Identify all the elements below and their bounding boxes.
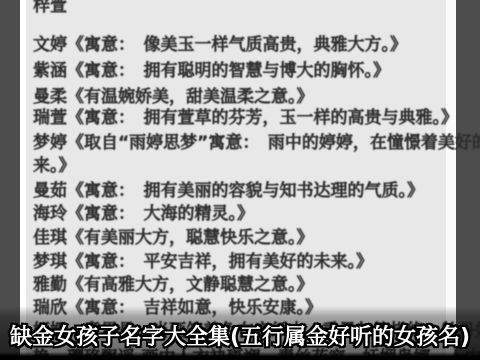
- text-line: 曼茹《寓意： 拥有美丽的容貌与知书达理的气质。》: [33, 176, 424, 201]
- text-line: 海玲《寓意： 大海的精灵。》: [33, 199, 254, 224]
- text-line: 紫涵《寓意： 拥有聪明的智慧与博大的胸怀。》: [33, 56, 390, 81]
- text-line: 来。》: [33, 151, 76, 176]
- article-screenshot: 梓萱 文婷《寓意： 像美玉一样气质高贵，典雅大方。》 紫涵《寓意： 拥有聪明的智…: [0, 0, 480, 360]
- text-line: 文婷《寓意： 像美玉一样气质高贵，典雅大方。》: [33, 30, 407, 55]
- title-caption-overlay: 缺金女孩子名字大全集(五行属金好听的女孩名): [0, 317, 480, 353]
- text-line: 梦婷《取自“雨婷思梦”寓意： 雨中的婷婷，在憧憬着美好的未: [33, 128, 480, 153]
- text-line: 佳琪《有美丽大方，聪慧快乐之意。》: [33, 223, 314, 248]
- text-line: 梓萱: [33, 0, 67, 16]
- text-line: 雅勤《有高雅大方，文静聪慧之意。》: [33, 270, 314, 295]
- text-line: 瑞萱《寓意： 拥有萱草的芬芳，玉一样的高贵与典雅。》: [33, 103, 458, 128]
- text-line: 梦琪《寓意： 平安吉祥，拥有美好的未来。》: [33, 247, 373, 272]
